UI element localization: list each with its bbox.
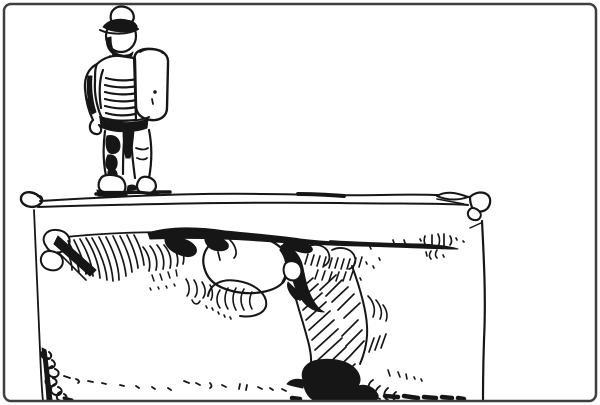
right-boot: [137, 177, 156, 193]
right-boot-sole: [137, 192, 158, 194]
backpack-dot: [153, 90, 156, 93]
left-boot: [99, 175, 126, 192]
crevice-knob: [284, 261, 302, 280]
sketch-canvas: Black-and-white pen-and-ink sketch: a sm…: [0, 0, 600, 405]
crevice-knob-outline: [284, 261, 302, 280]
hanging-tool: [88, 92, 93, 111]
backpack-marks-group: [153, 90, 156, 93]
left-thigh-shade: [106, 135, 120, 153]
jacket-outline: [95, 56, 136, 122]
backpack-dash: [152, 99, 153, 104]
backpack-outline: [135, 49, 168, 120]
torso-group: [95, 56, 136, 122]
plank-dark-segment-mid: [298, 194, 344, 196]
ink-drawing-svg: Black-and-white pen-and-ink sketch: a sm…: [0, 0, 600, 405]
left-bottom-dash: [64, 398, 72, 400]
backpack-group: [135, 49, 168, 120]
knob-small-lobe: [468, 208, 481, 220]
